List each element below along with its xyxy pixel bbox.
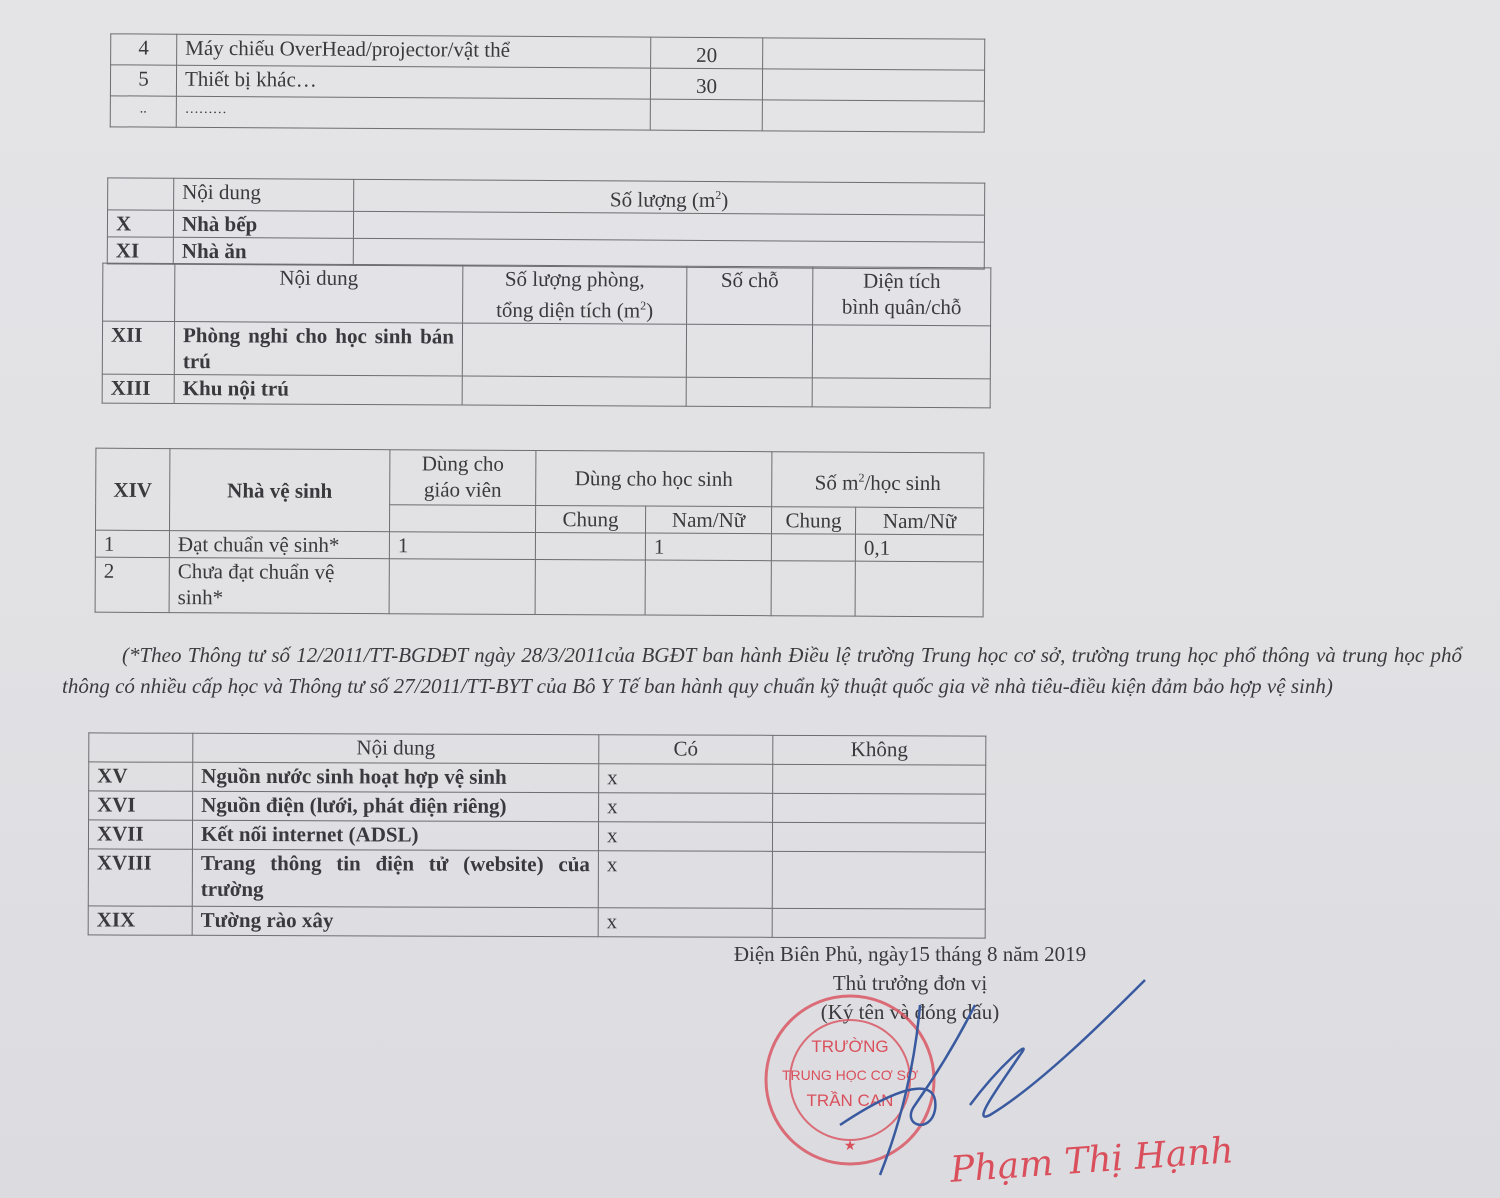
yes-value: x <box>598 822 772 852</box>
row-number: XIII <box>102 374 174 403</box>
header-content: Nội dung <box>175 264 463 324</box>
item-name: Trang thông tin điện tử (website) của tr… <box>192 849 598 907</box>
row-number: XI <box>107 237 173 264</box>
table-row: 1 Đạt chuẩn vệ sinh* 1 1 0,1 <box>95 530 983 562</box>
yes-value: x <box>598 851 772 909</box>
equipment-table: 4 Máy chiếu OverHead/projector/vật thể 2… <box>110 33 986 132</box>
item-name: Tường rào xây <box>192 906 598 936</box>
table-header-row: Nội dung Số lượng phòng,tổng diện tích (… <box>103 263 991 326</box>
table-row: XVII Kết nối internet (ADSL) x <box>88 820 985 852</box>
table-header-row: Nội dung Có Không <box>89 733 986 765</box>
teacher-value: 1 <box>389 532 535 560</box>
m2-gender-value <box>855 561 983 617</box>
item-name: Phòng nghỉ cho học sinh bán trú <box>174 322 462 377</box>
row-number: 2 <box>95 557 169 612</box>
facilities-table: Nội dung Có Không XV Nguồn nước sinh hoạ… <box>88 732 987 938</box>
table-header-row: XIV Nhà vệ sinh Dùng chogiáo viên Dùng c… <box>96 448 984 508</box>
header-common: Chung <box>536 505 646 533</box>
no-value <box>773 793 986 823</box>
item-name: Nguồn điện (lưới, phát điện riêng) <box>193 791 599 821</box>
table-row: XIII Khu nội trú <box>102 374 990 408</box>
header-student: Dùng cho học sinh <box>536 450 772 506</box>
table-row: XIX Tường rào xây x <box>88 906 985 938</box>
item-note <box>762 100 984 132</box>
table-header-row: Nội dung Số lượng (m2) <box>108 178 985 215</box>
header-per-student: Số m2/học sinh <box>772 452 984 508</box>
row-number: .. <box>110 96 176 127</box>
row-number: 5 <box>110 65 176 96</box>
item-qty <box>650 99 762 131</box>
row-number: X <box>107 210 173 237</box>
place-date: Điện Biên Phủ, ngày15 tháng 8 năm 2019 <box>690 940 1130 969</box>
item-name: Máy chiếu OverHead/projector/vật thể <box>177 34 651 68</box>
header-teacher: Dùng chogiáo viên <box>390 450 536 506</box>
m2-gender-value: 0,1 <box>855 534 983 562</box>
footnote: (*Theo Thông tư số 12/2011/TT-BGDĐT ngày… <box>62 640 1462 702</box>
row-number: XVIII <box>88 849 192 906</box>
item-note <box>762 69 984 101</box>
dorm-table: Nội dung Số lượng phòng,tổng diện tích (… <box>102 263 992 409</box>
header-common: Chung <box>771 507 855 534</box>
item-name: Khu nội trú <box>174 375 462 406</box>
header-rooms: Số lượng phòng,tổng diện tích (m2) <box>463 265 687 324</box>
header-qty: Số lượng (m2) <box>354 179 985 215</box>
row-number: XVI <box>89 791 193 820</box>
item-qty: 20 <box>651 37 763 69</box>
header-content: Nội dung <box>193 733 599 763</box>
table-row: 2 Chưa đạt chuẩn vệ sinh* <box>95 557 983 617</box>
item-name: Chưa đạt chuẩn vệ sinh* <box>169 558 389 614</box>
row-number: 1 <box>95 530 169 557</box>
header-content: Nội dung <box>174 178 354 211</box>
table-row: XVI Nguồn điện (lưới, phát điện riêng) x <box>89 791 986 823</box>
m2-common-value <box>771 561 855 616</box>
header-seats: Số chỗ <box>687 266 813 325</box>
m2-common-value <box>771 534 855 561</box>
student-gender-value <box>645 560 771 616</box>
no-value <box>772 822 985 852</box>
row-number: XII <box>102 321 174 374</box>
item-name: Nhà bếp <box>173 210 353 238</box>
yes-value: x <box>599 793 773 823</box>
kitchen-table: Nội dung Số lượng (m2) X Nhà bếp XI Nhà … <box>107 177 986 269</box>
table-row: XV Nguồn nước sinh hoạt hợp vệ sinh x <box>89 762 986 794</box>
item-qty: 30 <box>650 68 762 100</box>
item-name: ……… <box>176 96 650 130</box>
row-number: 4 <box>111 34 177 65</box>
header-yes: Có <box>599 735 773 765</box>
toilet-table: XIV Nhà vệ sinh Dùng chogiáo viên Dùng c… <box>95 448 985 618</box>
student-gender-value: 1 <box>645 533 771 561</box>
header-no: XIV <box>96 448 170 530</box>
row-number: XV <box>89 762 193 791</box>
no-value <box>772 908 985 938</box>
header-no: Không <box>773 735 986 765</box>
teacher-value <box>389 559 535 615</box>
no-value <box>772 851 985 909</box>
item-note <box>763 38 985 70</box>
student-common-value <box>535 559 645 615</box>
yes-value: x <box>599 764 773 794</box>
student-common-value <box>535 532 645 560</box>
header-gender: Nam/Nữ <box>645 506 771 534</box>
item-name: Thiết bị khác… <box>176 65 650 99</box>
header-name: Nhà vệ sinh <box>170 449 390 532</box>
header-gender: Nam/Nữ <box>855 507 983 535</box>
yes-value: x <box>598 908 772 938</box>
table-row: XVIII Trang thông tin điện tử (website) … <box>88 849 985 909</box>
item-name: Kết nối internet (ADSL) <box>192 820 598 850</box>
row-number: XVII <box>88 820 192 849</box>
header-avg-area: Diện tíchbình quân/chỗ <box>813 267 991 326</box>
table-row: .. ……… <box>110 96 984 132</box>
table-row: XII Phòng nghỉ cho học sinh bán trú <box>102 321 990 379</box>
item-name: Nguồn nước sinh hoạt hợp vệ sinh <box>193 762 599 792</box>
no-value <box>773 764 986 794</box>
row-number: XIX <box>88 906 192 935</box>
item-name: Đạt chuẩn vệ sinh* <box>169 531 389 559</box>
item-name: Nhà ăn <box>173 237 353 265</box>
